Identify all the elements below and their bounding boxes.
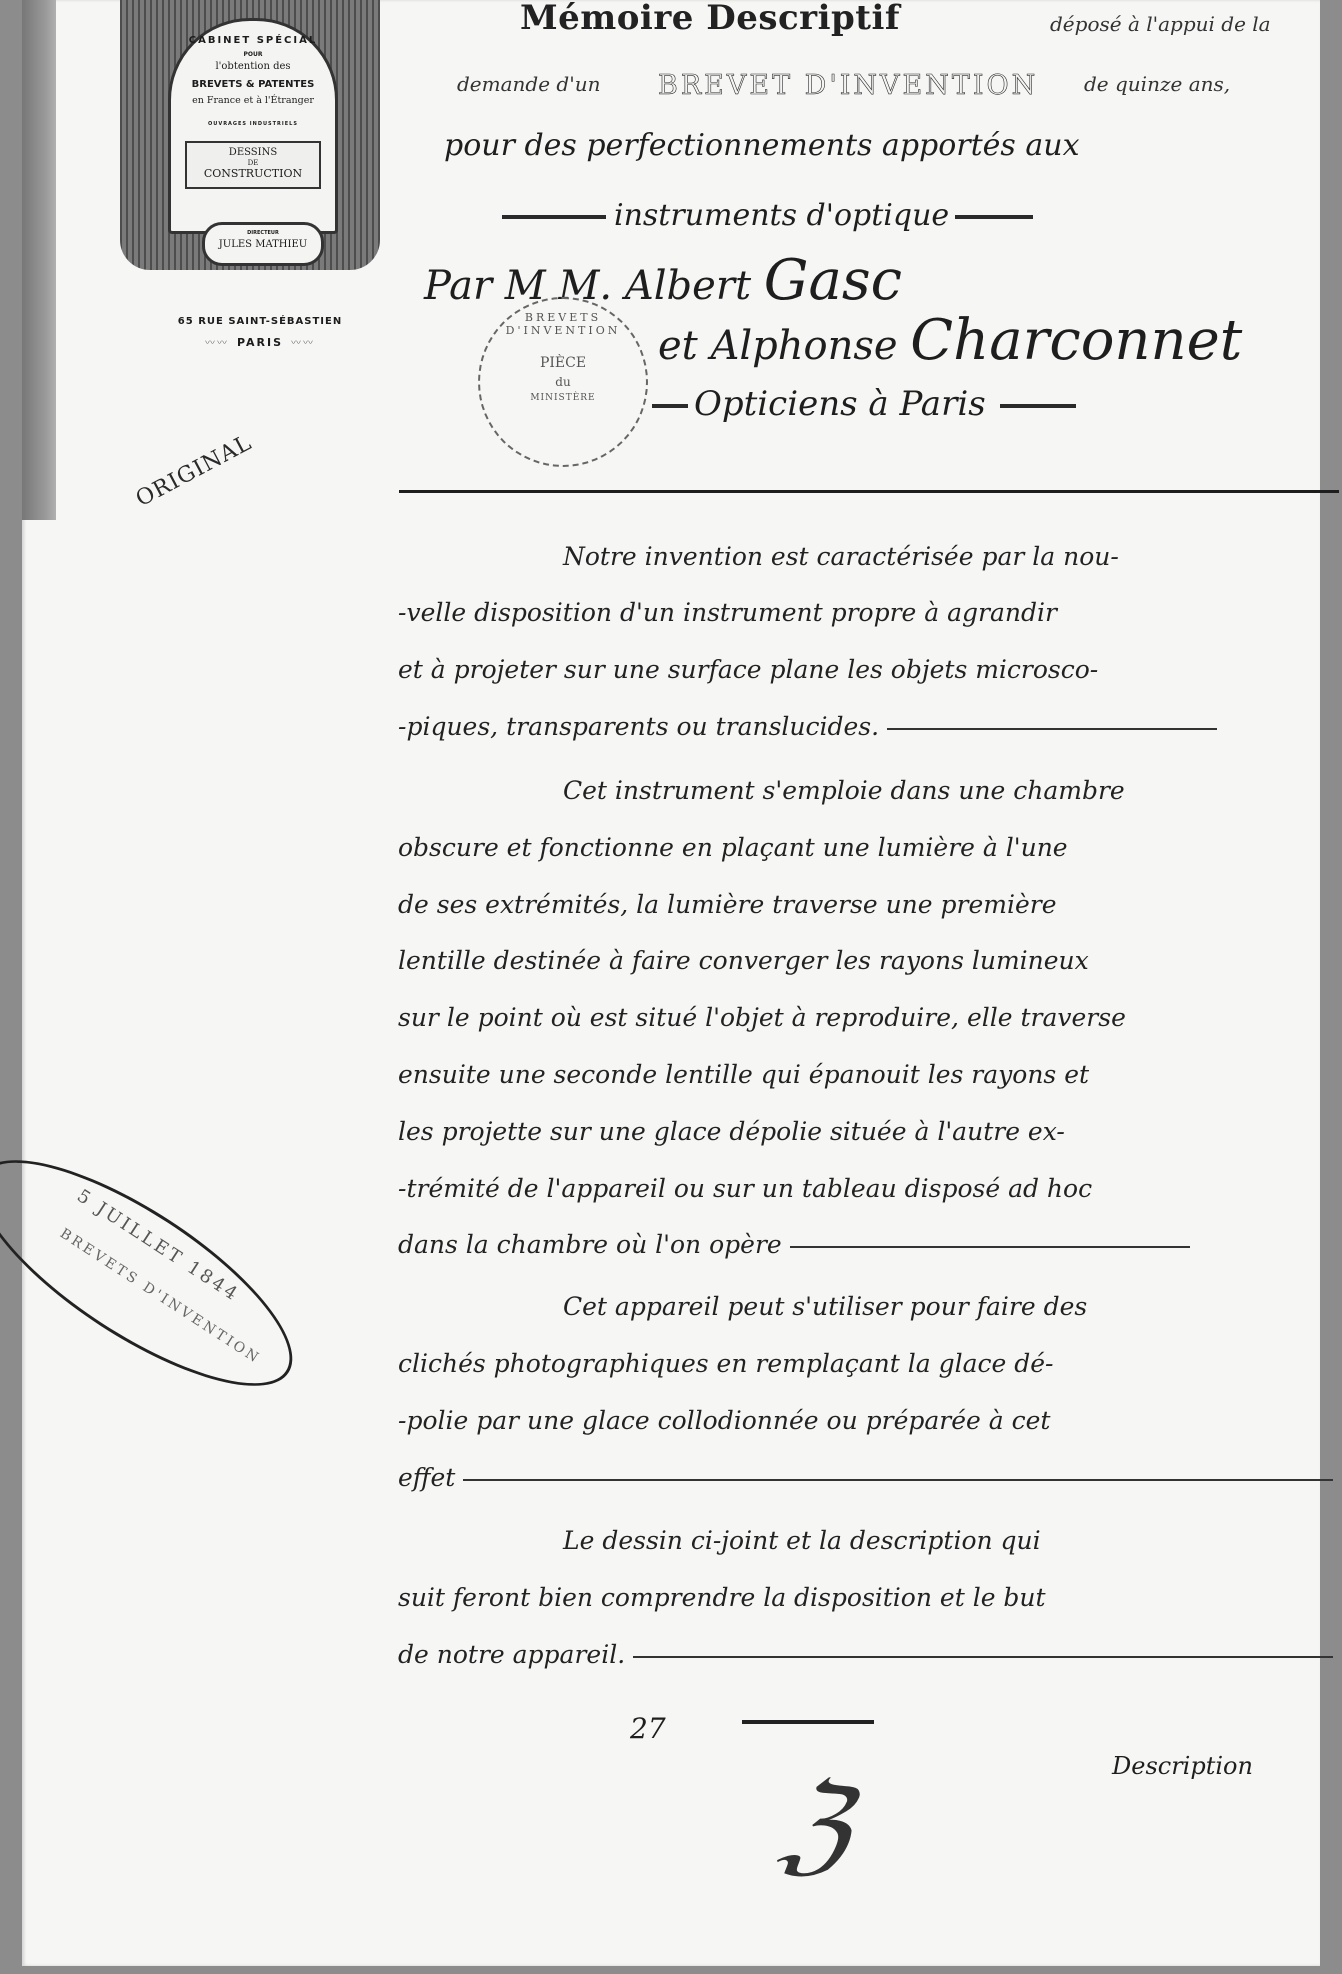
original-stamp: ORIGINAL [132, 430, 256, 512]
body-line: et à projeter sur une surface plane les … [398, 655, 1338, 685]
stamp-ring-text: BREVETS D'INVENTION [480, 311, 646, 337]
header-line4: instruments d'optique [502, 198, 1033, 233]
paraph-signature: ℨ [773, 1756, 858, 1892]
inventor-surname-1: Gasc [764, 248, 902, 313]
body-line: Cet instrument s'emploie dans une chambr… [398, 776, 1342, 806]
letterhead-arch: CABINET SPÉCIAL POUR l'obtention des BRE… [168, 18, 338, 234]
inventor-line-1: Par M M. Albert Gasc [424, 248, 902, 313]
letterhead-brevets: BREVETS & PATENTES [171, 79, 335, 90]
letterhead-director-name: JULES MATHIEU [205, 239, 321, 250]
letterhead-pour: POUR [171, 51, 335, 58]
et-alphonse: et Alphonse [658, 323, 898, 369]
body-text: de notre appareil. [398, 1640, 625, 1669]
letterhead-de: DE [187, 159, 319, 167]
body-text: effet [398, 1463, 455, 1492]
body-line-with-rule: dans la chambre où l'on opère [398, 1230, 1338, 1260]
header-subject: instruments d'optique [614, 198, 949, 233]
inventor-line-2: et Alphonse Charconnet [658, 308, 1242, 373]
header-line3: pour des perfectionnements apportés aux [444, 128, 1080, 163]
fill-rule [463, 1479, 1333, 1481]
fill-rule [790, 1246, 1190, 1248]
folio-rule [742, 1720, 874, 1724]
body-line: obscure et fonctionne en plaçant une lum… [398, 833, 1338, 863]
body-line: suit feront bien comprendre la dispositi… [398, 1583, 1338, 1613]
catchword-description: Description [1112, 1752, 1253, 1780]
letterhead-dessins: DESSINS [187, 147, 319, 158]
document-page: CABINET SPÉCIAL POUR l'obtention des BRE… [22, 0, 1320, 1966]
brevet-invention-caps: BREVET D'INVENTION [658, 70, 1038, 101]
body-line: clichés photographiques en remplaçant la… [398, 1349, 1338, 1379]
letterhead-cabinet: CABINET SPÉCIAL [171, 35, 335, 46]
stamp-ministere: MINISTÈRE [480, 393, 646, 403]
title-tail: déposé à l'appui de la [1050, 12, 1271, 36]
dash-right [955, 215, 1033, 219]
body-line: -trémité de l'appareil ou sur un tableau… [398, 1174, 1338, 1204]
letterhead-construction: CONSTRUCTION [187, 167, 319, 180]
letterhead-director-cartouche: DIRECTEUR JULES MATHIEU [202, 222, 324, 266]
letterhead-engraving: CABINET SPÉCIAL POUR l'obtention des BRE… [110, 0, 390, 300]
stamp-du: du [480, 375, 646, 389]
body-line-with-rule: effet [398, 1463, 1338, 1493]
header-line2-pre: demande d'un [457, 72, 600, 96]
body-line: -velle disposition d'un instrument propr… [398, 598, 1338, 628]
body-line: Cet appareil peut s'utiliser pour faire … [398, 1292, 1342, 1322]
header-divider [399, 490, 1339, 493]
dash-left [652, 404, 688, 408]
header-line2-post: de quinze ans, [1084, 72, 1230, 96]
body-line: Le dessin ci-joint et la description qui [398, 1526, 1342, 1556]
inventor-surname-2: Charconnet [910, 308, 1242, 373]
letterhead-directeur: DIRECTEUR [205, 230, 321, 236]
body-line: ensuite une seconde lentille qui épanoui… [398, 1060, 1338, 1090]
body-line: lentille destinée à faire converger les … [398, 946, 1338, 976]
profession: Opticiens à Paris [694, 384, 986, 424]
dash-left [502, 215, 606, 219]
stamp-piece: PIÈCE [480, 355, 646, 371]
letterhead-dessins-panel: DESSINS DE CONSTRUCTION [185, 141, 321, 189]
fill-rule [633, 1656, 1333, 1658]
body-line: sur le point où est situé l'objet à repr… [398, 1003, 1338, 1033]
letterhead-ouvrages: OUVRAGES INDUSTRIELS [171, 121, 335, 127]
folio-number: 27 [630, 1712, 666, 1745]
body-text: dans la chambre où l'on opère [398, 1230, 782, 1259]
letterhead-france: en France et à l'Étranger [171, 95, 335, 106]
letterhead-obtention: l'obtention des [171, 61, 335, 72]
page-left-edge [22, 0, 56, 520]
profession-line: Opticiens à Paris [652, 384, 1076, 424]
document-title: Mémoire Descriptif [520, 0, 900, 38]
body-line-with-rule: -piques, transparents ou translucides. [398, 712, 1338, 742]
dash-right [1000, 404, 1076, 408]
body-line: -polie par une glace collodionnée ou pré… [398, 1406, 1338, 1436]
date-stamp: 5 JUILLET 1844 BREVETS D'INVENTION [0, 1120, 323, 1425]
fill-rule [887, 728, 1217, 730]
body-line-with-rule: de notre appareil. [398, 1640, 1338, 1670]
letterhead-city: PARIS [140, 334, 380, 349]
letterhead-address: 65 RUE SAINT-SÉBASTIEN [140, 316, 380, 327]
body-line: Notre invention est caractérisée par la … [398, 542, 1342, 572]
ministry-stamp: BREVETS D'INVENTION PIÈCE du MINISTÈRE [478, 297, 648, 467]
body-text: -piques, transparents ou translucides. [398, 712, 879, 741]
body-line: les projette sur une glace dépolie situé… [398, 1117, 1338, 1147]
body-line: de ses extrémités, la lumière traverse u… [398, 890, 1338, 920]
